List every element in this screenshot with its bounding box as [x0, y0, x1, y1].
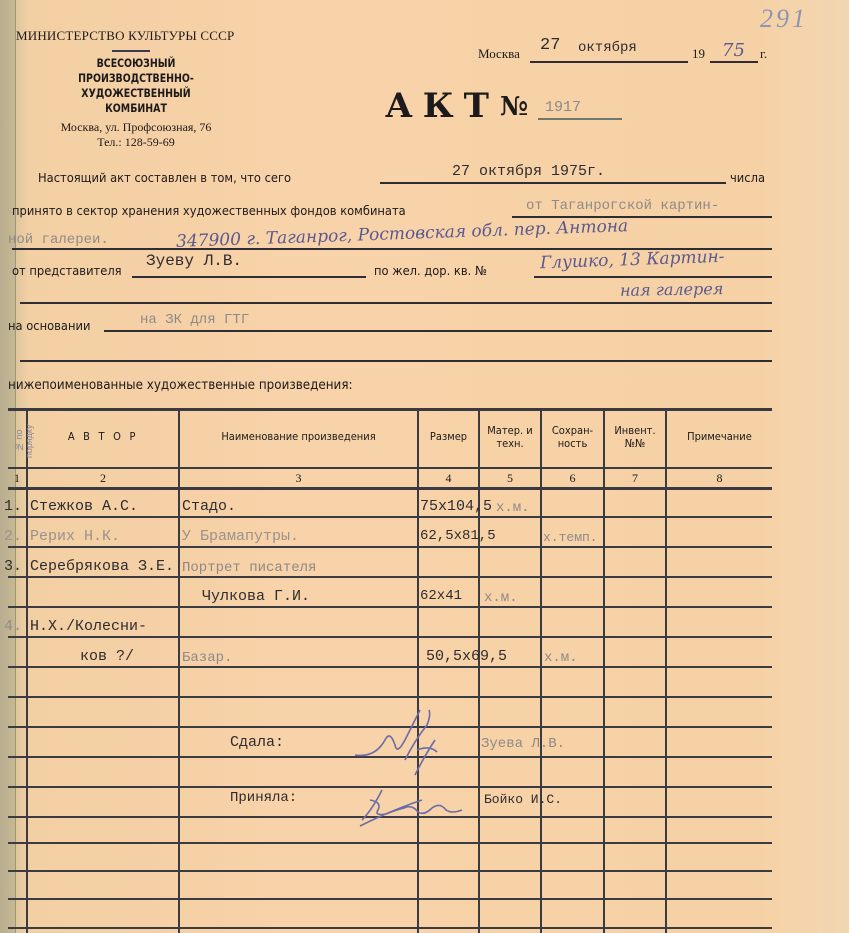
- row-line: [8, 696, 772, 698]
- row-size: 62,5х81,5: [420, 528, 496, 544]
- blank-underline: [20, 302, 772, 304]
- row-line: [8, 870, 772, 872]
- header-inventory: Инвент. №№: [608, 424, 662, 450]
- col-number-3: 3: [180, 471, 417, 486]
- organization-name: ВСЕСОЮЗНЫЙ ПРОИЗВОДСТВЕННО-ХУДОЖЕСТВЕННЫ…: [38, 56, 235, 116]
- year-value: 75: [722, 40, 745, 61]
- signature-accepted-scribble: [352, 780, 482, 830]
- col-number-8: 8: [667, 471, 772, 486]
- accepted-value-typed: от Таганрогской картин-: [526, 198, 719, 214]
- row-line: [8, 636, 772, 638]
- phone-line: Тел.: 128-59-69: [36, 135, 236, 150]
- col-number-2: 2: [28, 471, 178, 486]
- row-order: 1.: [4, 498, 22, 515]
- col-number-6: 6: [542, 471, 603, 486]
- row-size: 75х104,5: [420, 498, 492, 515]
- representative-value: Зуеву Л.В.: [146, 252, 242, 270]
- row-title: Стадо.: [182, 498, 236, 515]
- row-title: Чулкова Г.И.: [202, 588, 310, 605]
- accepted-value-handwritten: 347900 г. Таганрог, Ростовская обл. пер.…: [176, 216, 629, 252]
- org-line-1: ВСЕСОЮЗНЫЙ: [38, 56, 235, 71]
- row-material: х.м.: [496, 500, 530, 516]
- date-underline: [530, 61, 688, 63]
- accepted-name: Бойко И.С.: [484, 792, 562, 807]
- row-line: [8, 576, 772, 578]
- basis-underline: [104, 330, 772, 332]
- org-line-2: ПРОИЗВОДСТВЕННО-ХУДОЖЕСТВЕННЫЙ: [38, 71, 235, 101]
- row-size: 50,5х69,5: [426, 648, 507, 665]
- railway-value-handwritten-2: ная галерея: [620, 279, 724, 300]
- row-order: 4.: [4, 618, 22, 635]
- row-title: У Брамапутры.: [182, 528, 299, 545]
- railway-label: по жел. дор. кв. №: [374, 263, 487, 278]
- year-underline: [710, 61, 758, 63]
- organization-address: Москва, ул. Профсоюзная, 76 Тел.: 128-59…: [36, 120, 236, 150]
- letterhead-rule: [112, 50, 150, 52]
- list-intro: нижепоименованные художественные произве…: [8, 378, 353, 393]
- address-line: Москва, ул. Профсоюзная, 76: [36, 120, 236, 135]
- row-author: ков ?/: [80, 648, 134, 665]
- header-author: А В Т О Р: [36, 430, 171, 443]
- blank-underline-2: [20, 360, 772, 362]
- row-line: [8, 927, 772, 929]
- row-author: Серебрякова З.Е.: [30, 558, 174, 575]
- row-material: х.м.: [544, 650, 578, 666]
- col-number-1: 1: [8, 471, 26, 486]
- row-line: [8, 516, 772, 518]
- column-numbers-bottom-line: [8, 487, 772, 490]
- row-author: Рерих Н.К.: [30, 528, 120, 545]
- act-number: 1917: [545, 99, 581, 116]
- row-order: 3.: [4, 558, 22, 575]
- header-bottom-line: [8, 467, 772, 469]
- page-number: 291: [760, 4, 808, 34]
- col-number-5: 5: [480, 471, 540, 486]
- col-number-4: 4: [419, 471, 478, 486]
- row-title: Портрет писателя: [182, 560, 316, 576]
- row-line: [8, 666, 772, 668]
- header-condition: Сохран-ность: [545, 424, 600, 450]
- row-line: [8, 898, 772, 900]
- row-title: Базар.: [182, 650, 232, 666]
- city-label: Москва: [478, 46, 520, 62]
- row-author: Н.Х./Колесни-: [30, 618, 147, 635]
- row-material: х.темп.: [543, 530, 598, 545]
- signature-handed-scribble: [345, 700, 475, 790]
- intro-suffix: числа: [730, 170, 765, 185]
- header-note: Примечание: [672, 430, 767, 443]
- row-line: [8, 606, 772, 608]
- representative-label: от представителя: [12, 263, 122, 278]
- row-line: [8, 546, 772, 548]
- header-title: Наименование произведения: [192, 430, 405, 443]
- railway-underline: [534, 276, 772, 278]
- act-number-underline: [538, 118, 622, 120]
- intro-underline: [380, 182, 726, 184]
- basis-label: на основании: [8, 318, 90, 333]
- row-order: 2.: [4, 528, 22, 545]
- accepted-underline: [512, 216, 772, 218]
- representative-underline: [132, 276, 366, 278]
- table-top-border: [8, 408, 772, 411]
- railway-value-handwritten: Глушко, 13 Картин-: [540, 247, 725, 273]
- accepted-label: Приняла:: [230, 790, 297, 806]
- col-number-7: 7: [605, 471, 665, 486]
- row-material: х.м.: [484, 590, 518, 606]
- handed-label: Сдала:: [230, 734, 284, 751]
- header-order: № по порядку: [14, 412, 28, 470]
- row-author: Стежков А.С.: [30, 498, 138, 515]
- number-sign: №: [500, 92, 528, 122]
- date-month: октября: [578, 40, 637, 56]
- ministry-name: МИНИСТЕРСТВО КУЛЬТУРЫ СССР: [16, 28, 234, 44]
- date-day: 27: [540, 36, 560, 55]
- header-size: Размер: [422, 430, 475, 443]
- intro-label: Настоящий акт составлен в том, что сего: [38, 170, 291, 185]
- handed-name: Зуева Л.В.: [481, 736, 565, 752]
- row-line: [8, 842, 772, 844]
- accepted-value-typed-2: ной галереи.: [8, 232, 109, 248]
- document-title: АКТ: [385, 86, 499, 126]
- intro-date-value: 27 октября 1975г.: [452, 163, 605, 180]
- year-prefix: 19: [692, 46, 705, 62]
- org-line-3: КОМБИНАТ: [38, 101, 235, 116]
- basis-value: на ЗК для ГТГ: [140, 312, 249, 328]
- accepted-label: принято в сектор хранения художественных…: [12, 203, 406, 218]
- year-suffix: г.: [760, 46, 767, 62]
- row-size: 62х41: [420, 588, 462, 604]
- header-material: Матер. и техн.: [483, 424, 537, 450]
